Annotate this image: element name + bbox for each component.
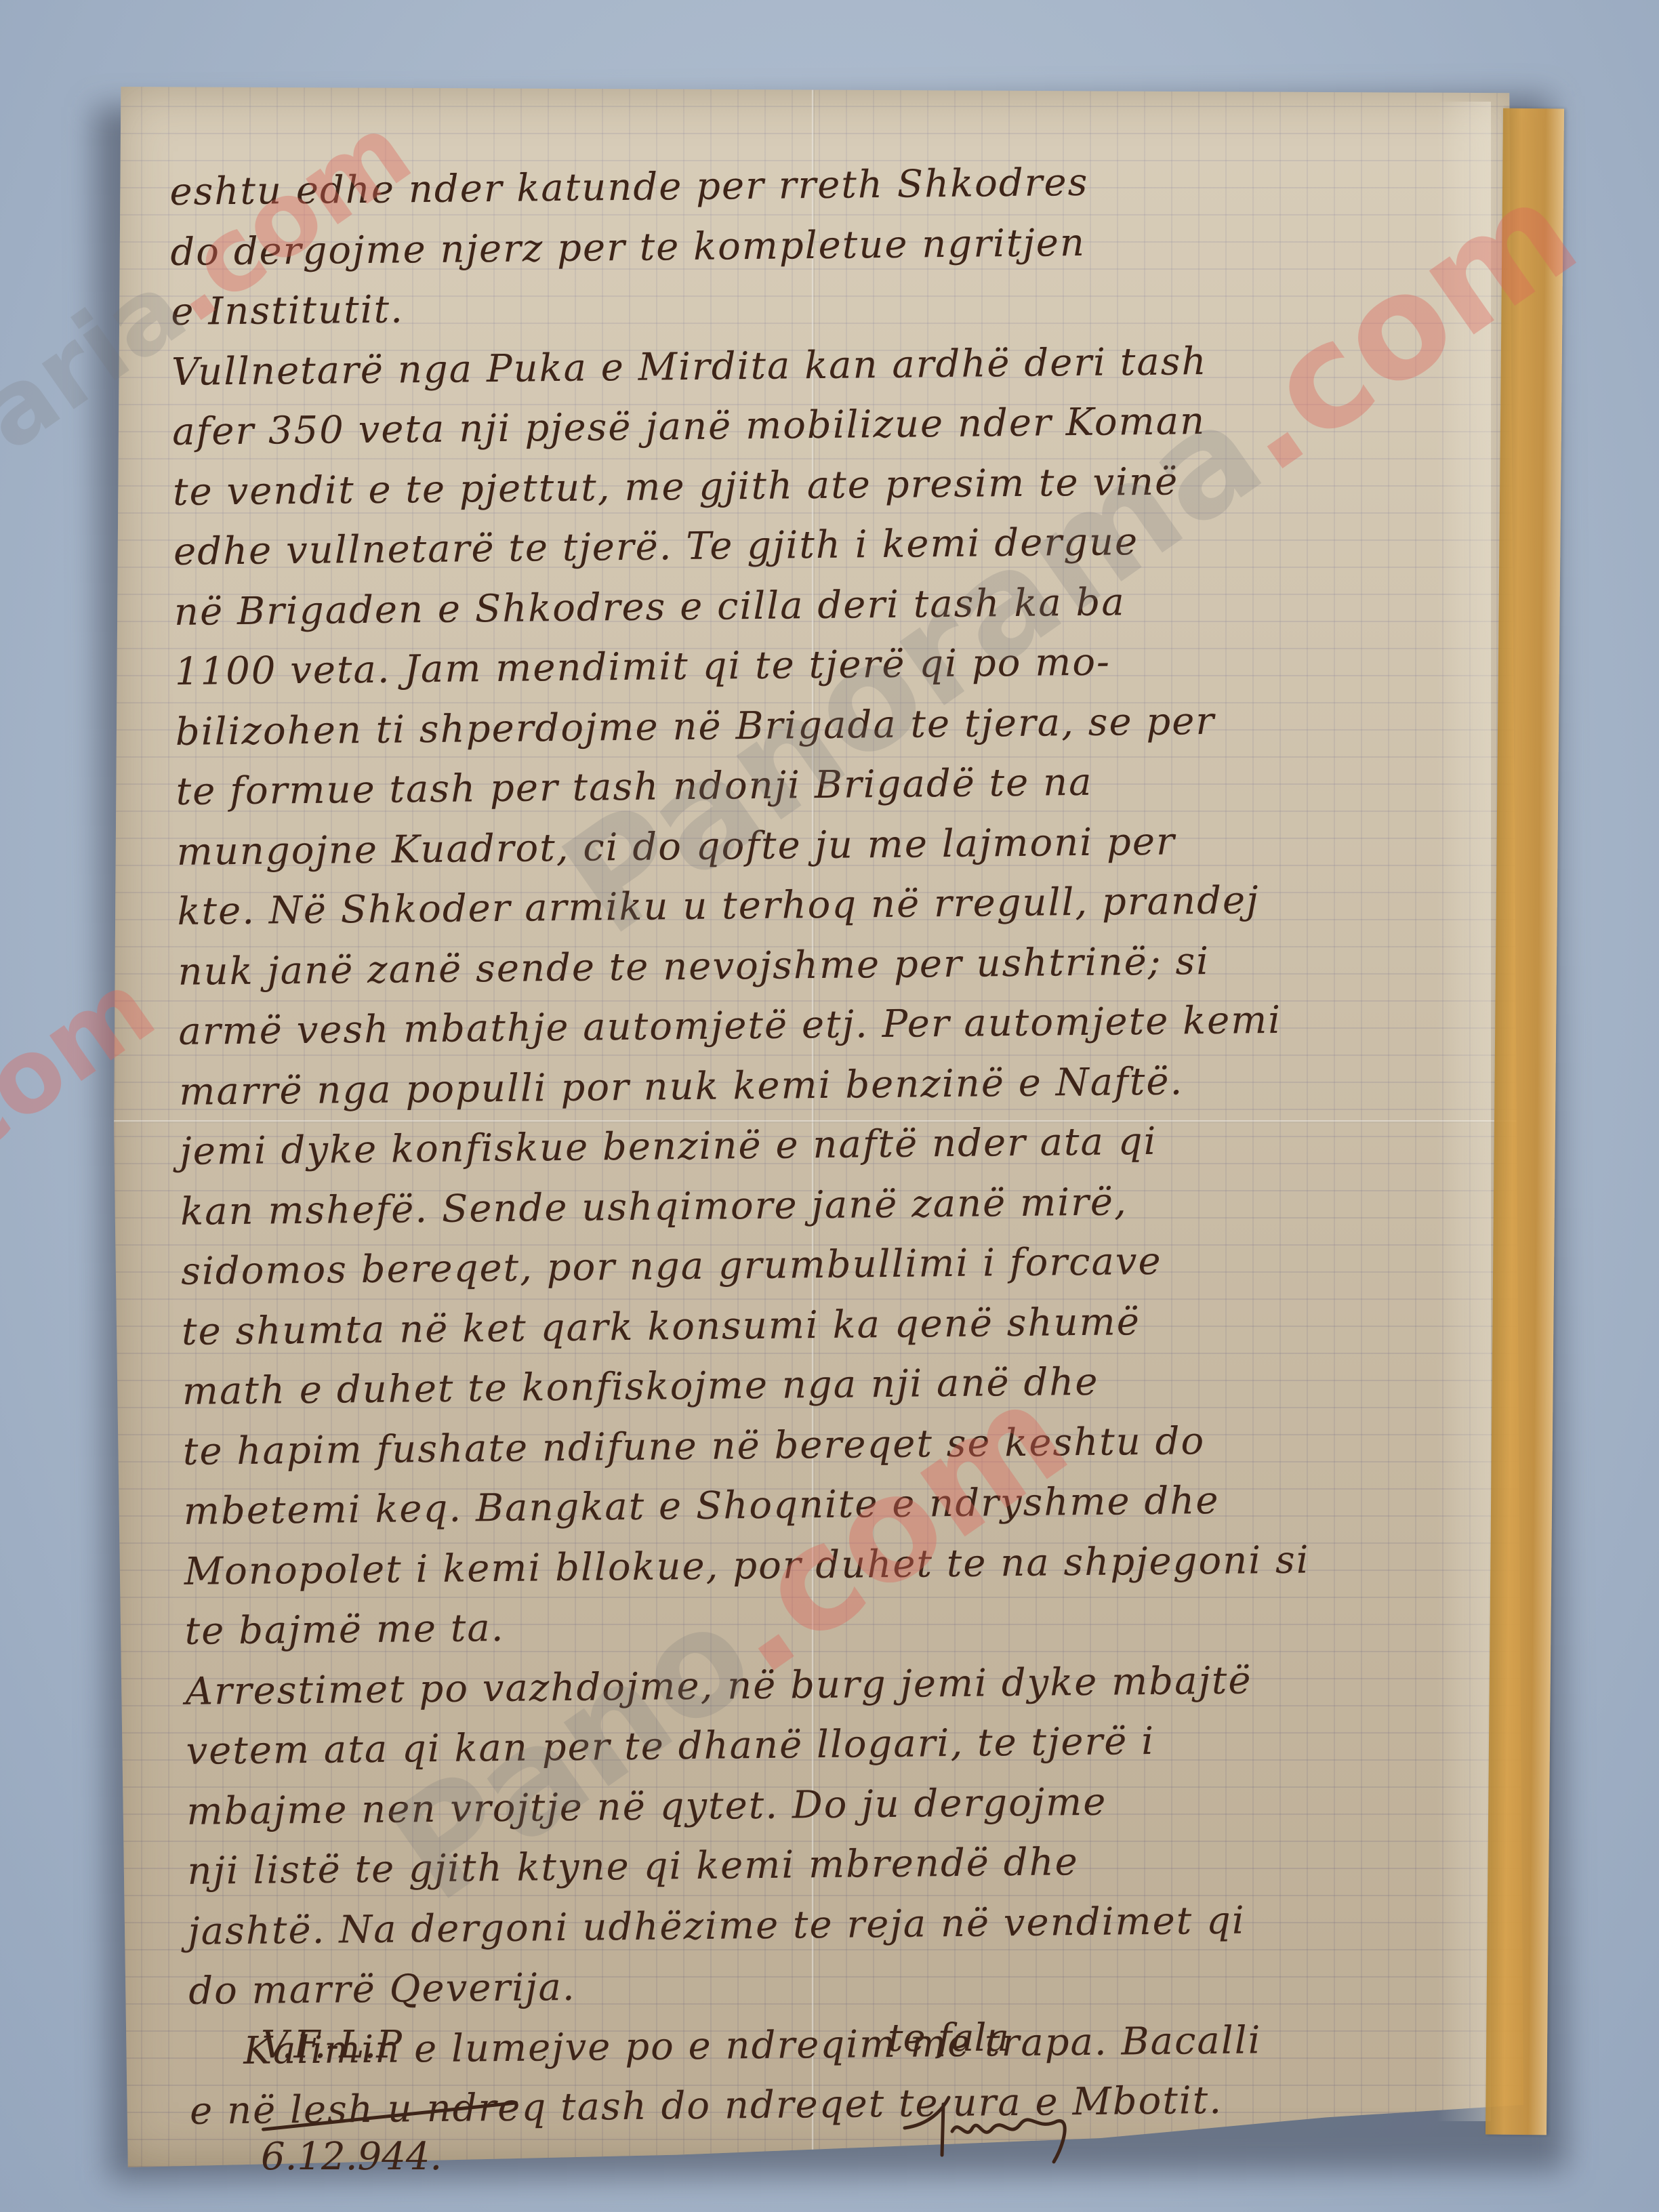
handwritten-signature: [901, 2091, 1125, 2165]
organization-abbreviation: V.F.-L.P: [261, 2023, 402, 2067]
signature-icon: [901, 2091, 1125, 2165]
closing-salutation: te fala: [888, 2016, 1009, 2060]
letter-date: 6.12.944.: [261, 2135, 442, 2179]
letter-body: eshtu edhe nder katunde per rreth Shkodr…: [169, 148, 1586, 2142]
